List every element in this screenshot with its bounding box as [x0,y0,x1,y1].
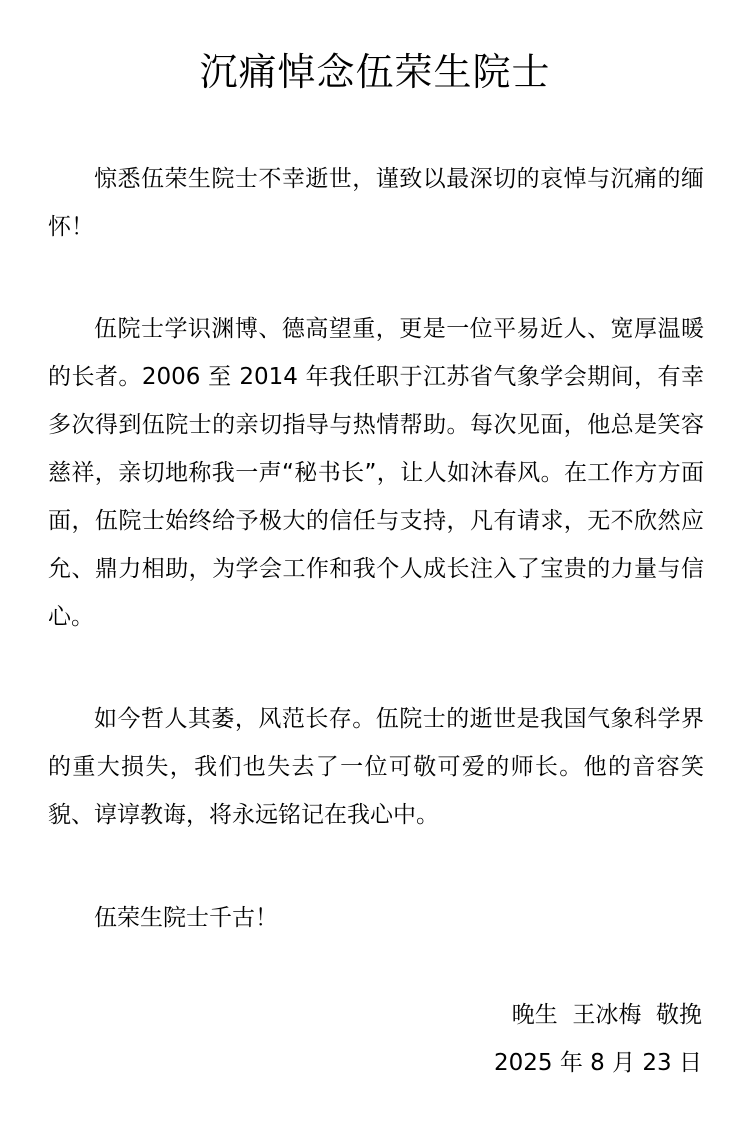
document-title: 沉痛悼念伍荣生院士 [0,46,750,98]
paragraph-farewell: 伍荣生院士千古！ [48,894,704,942]
date: 2025 年 8 月 23 日 [494,1043,702,1083]
paragraph-memories: 伍院士学识渊博、德高望重，更是一位平易近人、宽厚温暖的长者。2006 至 201… [48,305,704,641]
paragraph-condolence: 惊悉伍荣生院士不幸逝世，谨致以最深切的哀悼与沉痛的缅怀！ [48,155,704,251]
paragraph-tribute: 如今哲人其萎，风范长存。伍院士的逝世是我国气象科学界的重大损失，我们也失去了一位… [48,695,704,839]
signature: 晚生 王冰梅 敬挽 [512,995,702,1035]
